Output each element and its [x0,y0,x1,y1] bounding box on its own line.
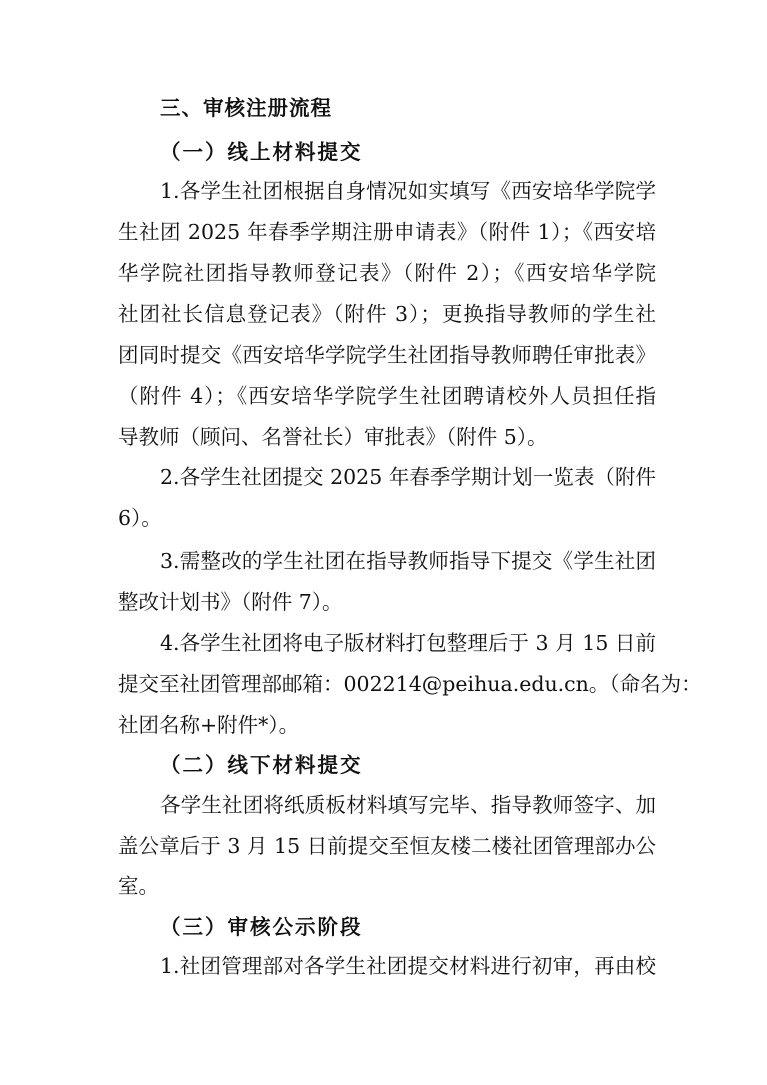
subsection-heading-online: （一）线上材料提交 [160,137,363,167]
paragraph-line: 社团社长信息登记表》（附件 3）；更换指导教师的学生社 [118,299,656,329]
paragraph-line: 华学院社团指导教师登记表》（附件 2）；《西安培华学院 [118,258,656,288]
section-title: 三、审核注册流程 [160,93,332,123]
paragraph-line: 4.各学生社团将电子版材料打包整理后于 3 月 15 日前 [160,628,656,658]
paragraph-line: 盖公章后于 3 月 15 日前提交至恒友楼二楼社团管理部办公 [118,831,656,861]
paragraph-line: 2.各学生社团提交 2025 年春季学期计划一览表（附件 [160,462,656,492]
paragraph-line: 1.各学生社团根据自身情况如实填写《西安培华学院学 [160,176,656,206]
paragraph-line: 提交至社团管理部邮箱：002214@peihua.edu.cn。（命名为： [118,669,656,699]
paragraph-line: 6）。 [118,503,656,533]
paragraph-line: 室。 [118,871,656,901]
document-page: 三、审核注册流程 （一）线上材料提交 1.各学生社团根据自身情况如实填写《西安培… [0,0,767,1085]
subsection-heading-review: （三）审核公示阶段 [160,912,363,942]
paragraph-line: 导教师（顾问、名誉社长）审批表》（附件 5）。 [118,422,656,452]
paragraph-line: 整改计划书》（附件 7）。 [118,587,656,617]
paragraph-line: 团同时提交《西安培华学院学生社团指导教师聘任审批表》 [118,340,656,370]
paragraph-line: 3.需整改的学生社团在指导教师指导下提交《学生社团 [160,546,656,576]
paragraph-line: 社团名称+附件*）。 [118,710,656,740]
paragraph-line: 1.社团管理部对各学生社团提交材料进行初审，再由校 [160,951,656,981]
paragraph-line: 各学生社团将纸质板材料填写完毕、指导教师签字、加 [160,790,656,820]
paragraph-line: 生社团 2025 年春季学期注册申请表》（附件 1）；《西安培 [118,217,656,247]
paragraph-line: （附件 4）；《西安培华学院学生社团聘请校外人员担任指 [118,381,656,411]
subsection-heading-offline: （二）线下材料提交 [160,750,363,780]
